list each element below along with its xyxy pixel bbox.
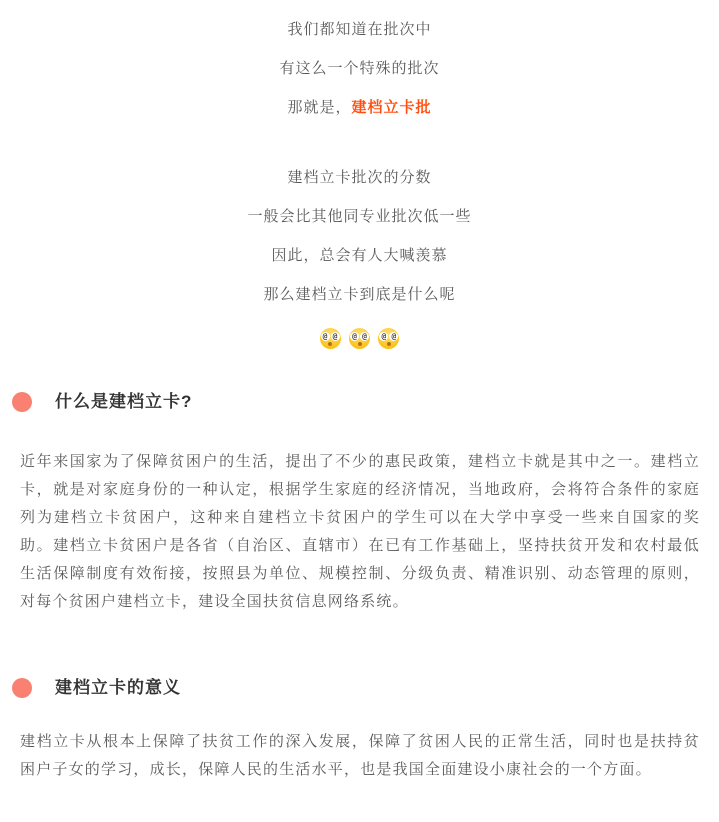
emoji-mouth <box>387 342 391 346</box>
section-title: 什么是建档立卡? <box>55 392 192 412</box>
intro-line: 有这么一个特殊的批次 <box>0 61 719 76</box>
article-page: 我们都知道在批次中 有这么一个特殊的批次 那就是，建档立卡批 建档立卡批次的分数… <box>0 0 719 822</box>
intro-line: 建档立卡批次的分数 <box>0 170 719 185</box>
section-title: 建档立卡的意义 <box>55 678 181 698</box>
emoji-mouth <box>328 342 332 346</box>
emoji-row: @ @ @ @ @ @ <box>0 328 719 349</box>
dizzy-face-emoji: @ @ <box>378 328 399 349</box>
intro-line: 我们都知道在批次中 <box>0 22 719 37</box>
intro-line-prefix: 那就是， <box>287 99 351 116</box>
intro-line-highlighted: 那就是，建档立卡批 <box>0 100 719 115</box>
section-body: 近年来国家为了保障贫困户的生活，提出了不少的惠民政策，建档立卡就是其中之一。建档… <box>20 448 700 616</box>
intro-line: 因此，总会有人大喊羡慕 <box>0 248 719 263</box>
spiral-eye-icon: @ <box>331 332 340 341</box>
spiral-eye-icon: @ <box>379 332 388 341</box>
emoji-mouth <box>358 342 362 346</box>
dizzy-face-emoji: @ @ <box>320 328 341 349</box>
bullet-dot-icon <box>12 392 32 412</box>
intro-line: 那么建档立卡到底是什么呢 <box>0 287 719 302</box>
spiral-eye-icon: @ <box>360 332 369 341</box>
spiral-eye-icon: @ <box>321 332 330 341</box>
section-body: 建档立卡从根本上保障了扶贫工作的深入发展，保障了贫困人民的正常生活，同时也是扶持… <box>20 728 700 784</box>
intro-line: 一般会比其他同专业批次低一些 <box>0 209 719 224</box>
highlight-text: 建档立卡批 <box>352 99 432 116</box>
section-header-meaning: 建档立卡的意义 <box>12 678 719 698</box>
spiral-eye-icon: @ <box>350 332 359 341</box>
dizzy-face-emoji: @ @ <box>349 328 370 349</box>
bullet-dot-icon <box>12 678 32 698</box>
intro-block: 我们都知道在批次中 有这么一个特殊的批次 那就是，建档立卡批 建档立卡批次的分数… <box>0 22 719 349</box>
section-header-what-is: 什么是建档立卡? <box>12 392 719 412</box>
spiral-eye-icon: @ <box>389 332 398 341</box>
